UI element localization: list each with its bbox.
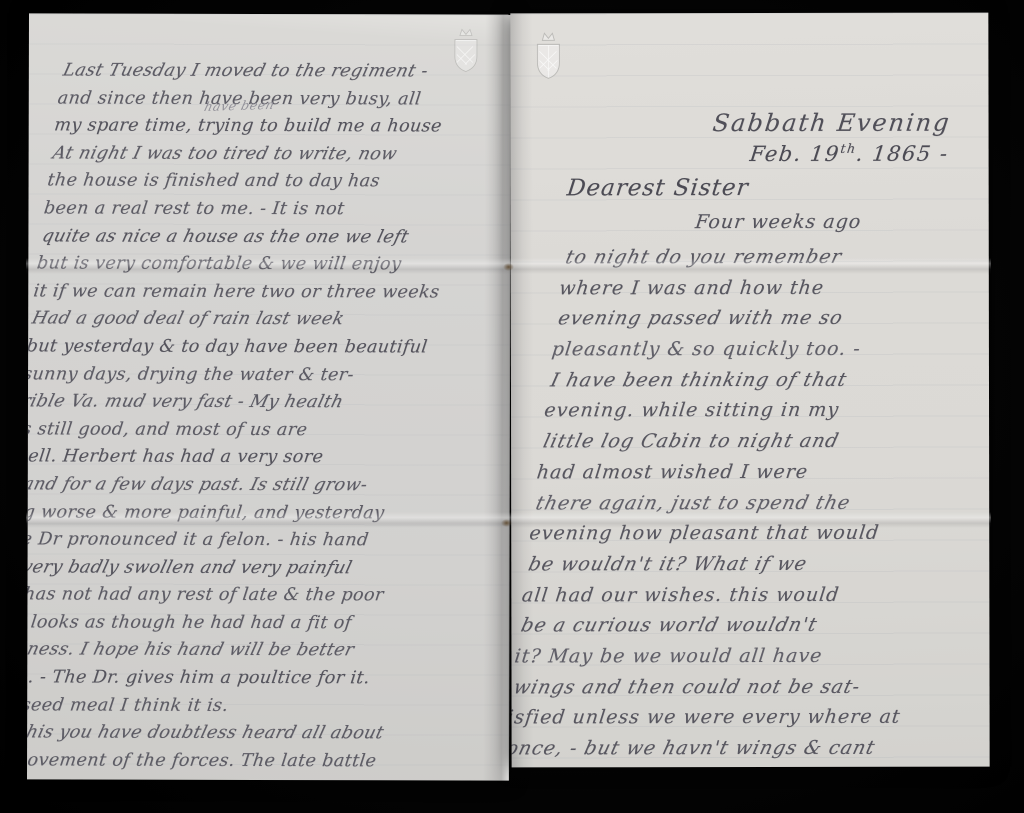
handwritten-line: flax seed meal I think it is. — [27, 692, 429, 721]
handwritten-line: is still good, and most of us are — [27, 416, 464, 445]
handwritten-line: but is very comfortable & we will enjoy — [35, 251, 484, 280]
left-page-text: have been Last Tuesday I moved to the re… — [27, 57, 509, 775]
handwritten-line: I have been thinking of that — [547, 364, 974, 395]
letter-heading: Sabbath Evening — [711, 109, 952, 137]
handwritten-line: soon. - The Dr. gives him a poultice for… — [27, 664, 433, 693]
handwritten-line: the house is finished and to day has — [46, 168, 495, 197]
handwritten-line: once, - but we havn't wings & cant — [510, 733, 930, 764]
handwritten-line: wings and then could not be sat- — [510, 671, 937, 702]
handwritten-line: At night I was too tired to write, now — [49, 140, 502, 169]
handwritten-line: well. Herbert has had a very sore — [27, 444, 460, 473]
date-day: Feb. 19 — [749, 142, 842, 166]
handwritten-line: rible Va. mud very fast - My health — [27, 388, 471, 417]
handwritten-line: boy looks as though he had had a fit of — [27, 609, 440, 638]
handwritten-line: all had our wishes. this would — [520, 579, 944, 610]
right-page-text: to night do you rememberwhere I was and … — [510, 242, 984, 765]
letter-opening-line: Four weeks ago — [694, 211, 863, 233]
handwritten-line: Ere this you have doubtless heard all ab… — [27, 720, 430, 749]
handwritten-line: had almost wished I were — [535, 456, 959, 487]
handwritten-line: evening passed with me so — [555, 303, 982, 334]
handwritten-line: sickness. I hope his hand will be better — [27, 637, 440, 666]
handwritten-line: the Dr pronounced it a felon. - his hand — [27, 526, 450, 555]
handwritten-line: is very badly swollen and very painful — [27, 554, 450, 583]
handwritten-line: be a curious world wouldn't — [518, 610, 945, 641]
handwritten-line: but yesterday & to day have been beautif… — [27, 333, 474, 362]
handwritten-line: little log Cabin to night and — [540, 426, 967, 457]
handwritten-line: my spare time, trying to build me a hous… — [53, 113, 502, 142]
handwritten-line: ing worse & more painful, and yesterday — [27, 499, 454, 528]
handwritten-line: it? May be we would all have — [513, 641, 937, 672]
handwritten-line: isfied unless we were every where at — [510, 702, 929, 733]
handwritten-line: and since then have been very busy, all — [56, 85, 505, 114]
embossed-crest-seal — [528, 29, 568, 91]
handwritten-line: the movement of the forces. The late bat… — [27, 747, 422, 776]
handwritten-line: hand for a few days past. Is still grow- — [27, 471, 461, 500]
handwritten-line: where I was and how the — [557, 272, 981, 303]
handwritten-line: Last Tuesday I moved to the regiment - — [60, 57, 511, 86]
handwritten-line: there again, just to spend the — [532, 487, 959, 518]
date-year: . 1865 - — [855, 142, 950, 166]
interlinear-insertion: have been — [203, 97, 277, 114]
handwritten-line: he has not had any rest of late & the po… — [27, 582, 443, 611]
letter-salutation: Dearest Sister — [565, 175, 750, 201]
letter-page-right: Sabbath Evening Feb. 19th. 1865 - Deares… — [510, 13, 989, 768]
handwritten-line: evening. while sitting in my — [542, 395, 966, 426]
handwritten-line: evening how pleasant that would — [528, 518, 952, 549]
letter-date: Feb. 19th. 1865 - — [749, 141, 951, 166]
handwritten-line: it if we can remain here two or three we… — [32, 278, 481, 307]
letter-scan: have been Last Tuesday I moved to the re… — [0, 0, 1024, 813]
handwritten-line: be wouldn't it? What if we — [525, 549, 952, 580]
handwritten-line: been a real rest to me. - It is not — [42, 195, 491, 224]
handwritten-line: quite as nice a house as the one we left — [39, 223, 492, 252]
letter-page-left: have been Last Tuesday I moved to the re… — [27, 13, 511, 780]
handwritten-line: Had a good deal of rain last week — [29, 306, 482, 335]
handwritten-line: to night do you remember — [562, 242, 989, 273]
handwritten-line: pleasantly & so quickly too. - — [550, 334, 974, 365]
handwritten-line: sunny days, drying the water & ter- — [27, 361, 471, 390]
